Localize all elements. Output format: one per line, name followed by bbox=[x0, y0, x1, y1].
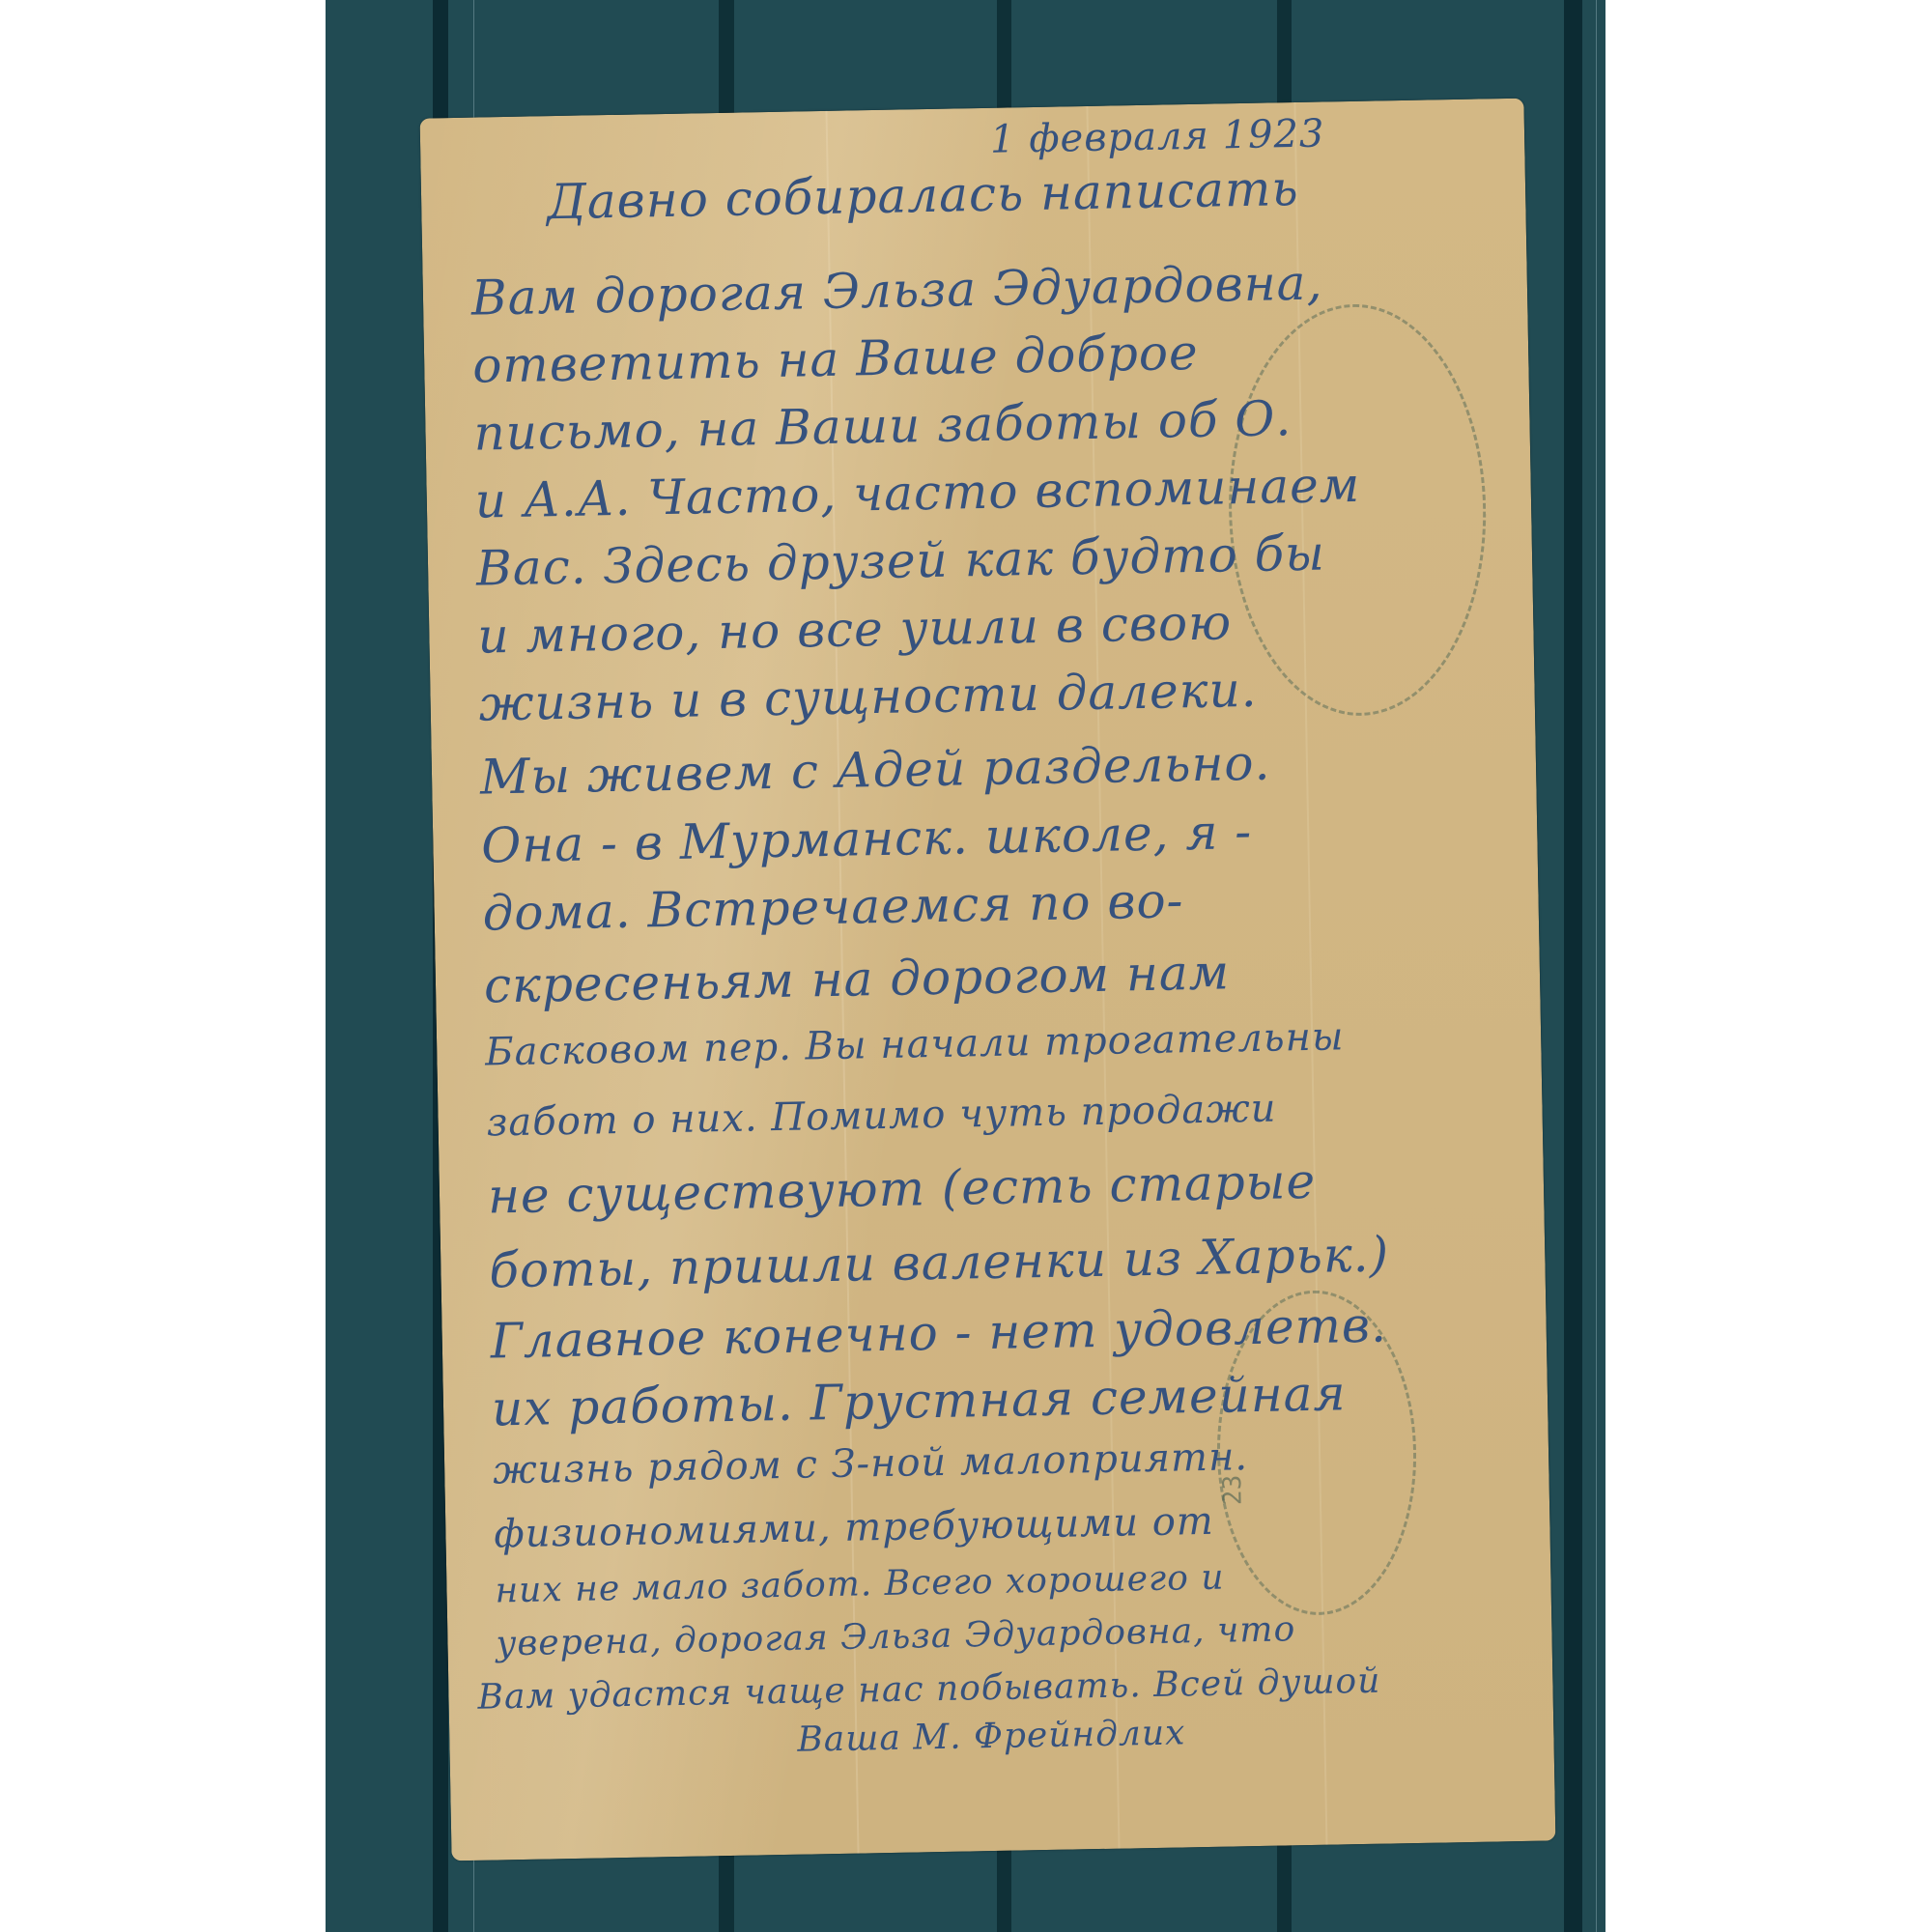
postcard: 23 1 февраля 1923 Давно собиралась напис… bbox=[420, 99, 1556, 1861]
letter-line: и А.А. Часто, часто вспоминаем bbox=[474, 457, 1360, 529]
letter-line: Басковом пер. Вы начали трогательны bbox=[485, 1014, 1345, 1074]
letter-line: дома. Встречаемся по во- bbox=[482, 872, 1184, 941]
letter-line: письмо, на Ваши заботы об О. bbox=[473, 390, 1293, 462]
letter-line: физиономиями, требующими от bbox=[494, 1499, 1214, 1557]
letter-line: ответить на Ваше доброе bbox=[472, 325, 1199, 394]
letter-line: жизнь рядом с З-ной малоприятн. bbox=[493, 1435, 1249, 1492]
letter-line: Вас. Здесь друзей как будто бы bbox=[476, 526, 1326, 597]
letter-line: Она - в Мурманск. школе, я - bbox=[481, 804, 1253, 874]
letter-line: не существуют (есть старые bbox=[487, 1153, 1316, 1225]
letter-date: 1 февраля 1923 bbox=[990, 111, 1325, 161]
letter-line: уверена, дорогая Эльза Эдуардовна, что bbox=[496, 1609, 1295, 1663]
letter-line: забот о них. Помимо чуть продажи bbox=[486, 1087, 1277, 1146]
letter-line: боты, пришли валенки из Харьк.) bbox=[489, 1226, 1390, 1298]
letter-line: Вам дорогая Эльза Эдуардовна, bbox=[470, 255, 1322, 327]
mount-line bbox=[1596, 0, 1597, 1932]
letter-line: Вам удастся чаще нас побывать. Всей душо… bbox=[477, 1662, 1381, 1718]
letter-line: Мы живем с Адей раздельно. bbox=[480, 735, 1271, 806]
letter-signature: Ваша М. Фрейндлих bbox=[797, 1713, 1186, 1759]
mount-strip-right bbox=[1564, 0, 1582, 1932]
letter-line: жизнь и в сущности далеки. bbox=[478, 662, 1258, 732]
letter-line: и много, но все ушли в свою bbox=[477, 594, 1233, 664]
letter-line: скресеньям на дорогом нам bbox=[484, 944, 1231, 1013]
letter-line: Давно собиралась написать bbox=[547, 160, 1299, 230]
